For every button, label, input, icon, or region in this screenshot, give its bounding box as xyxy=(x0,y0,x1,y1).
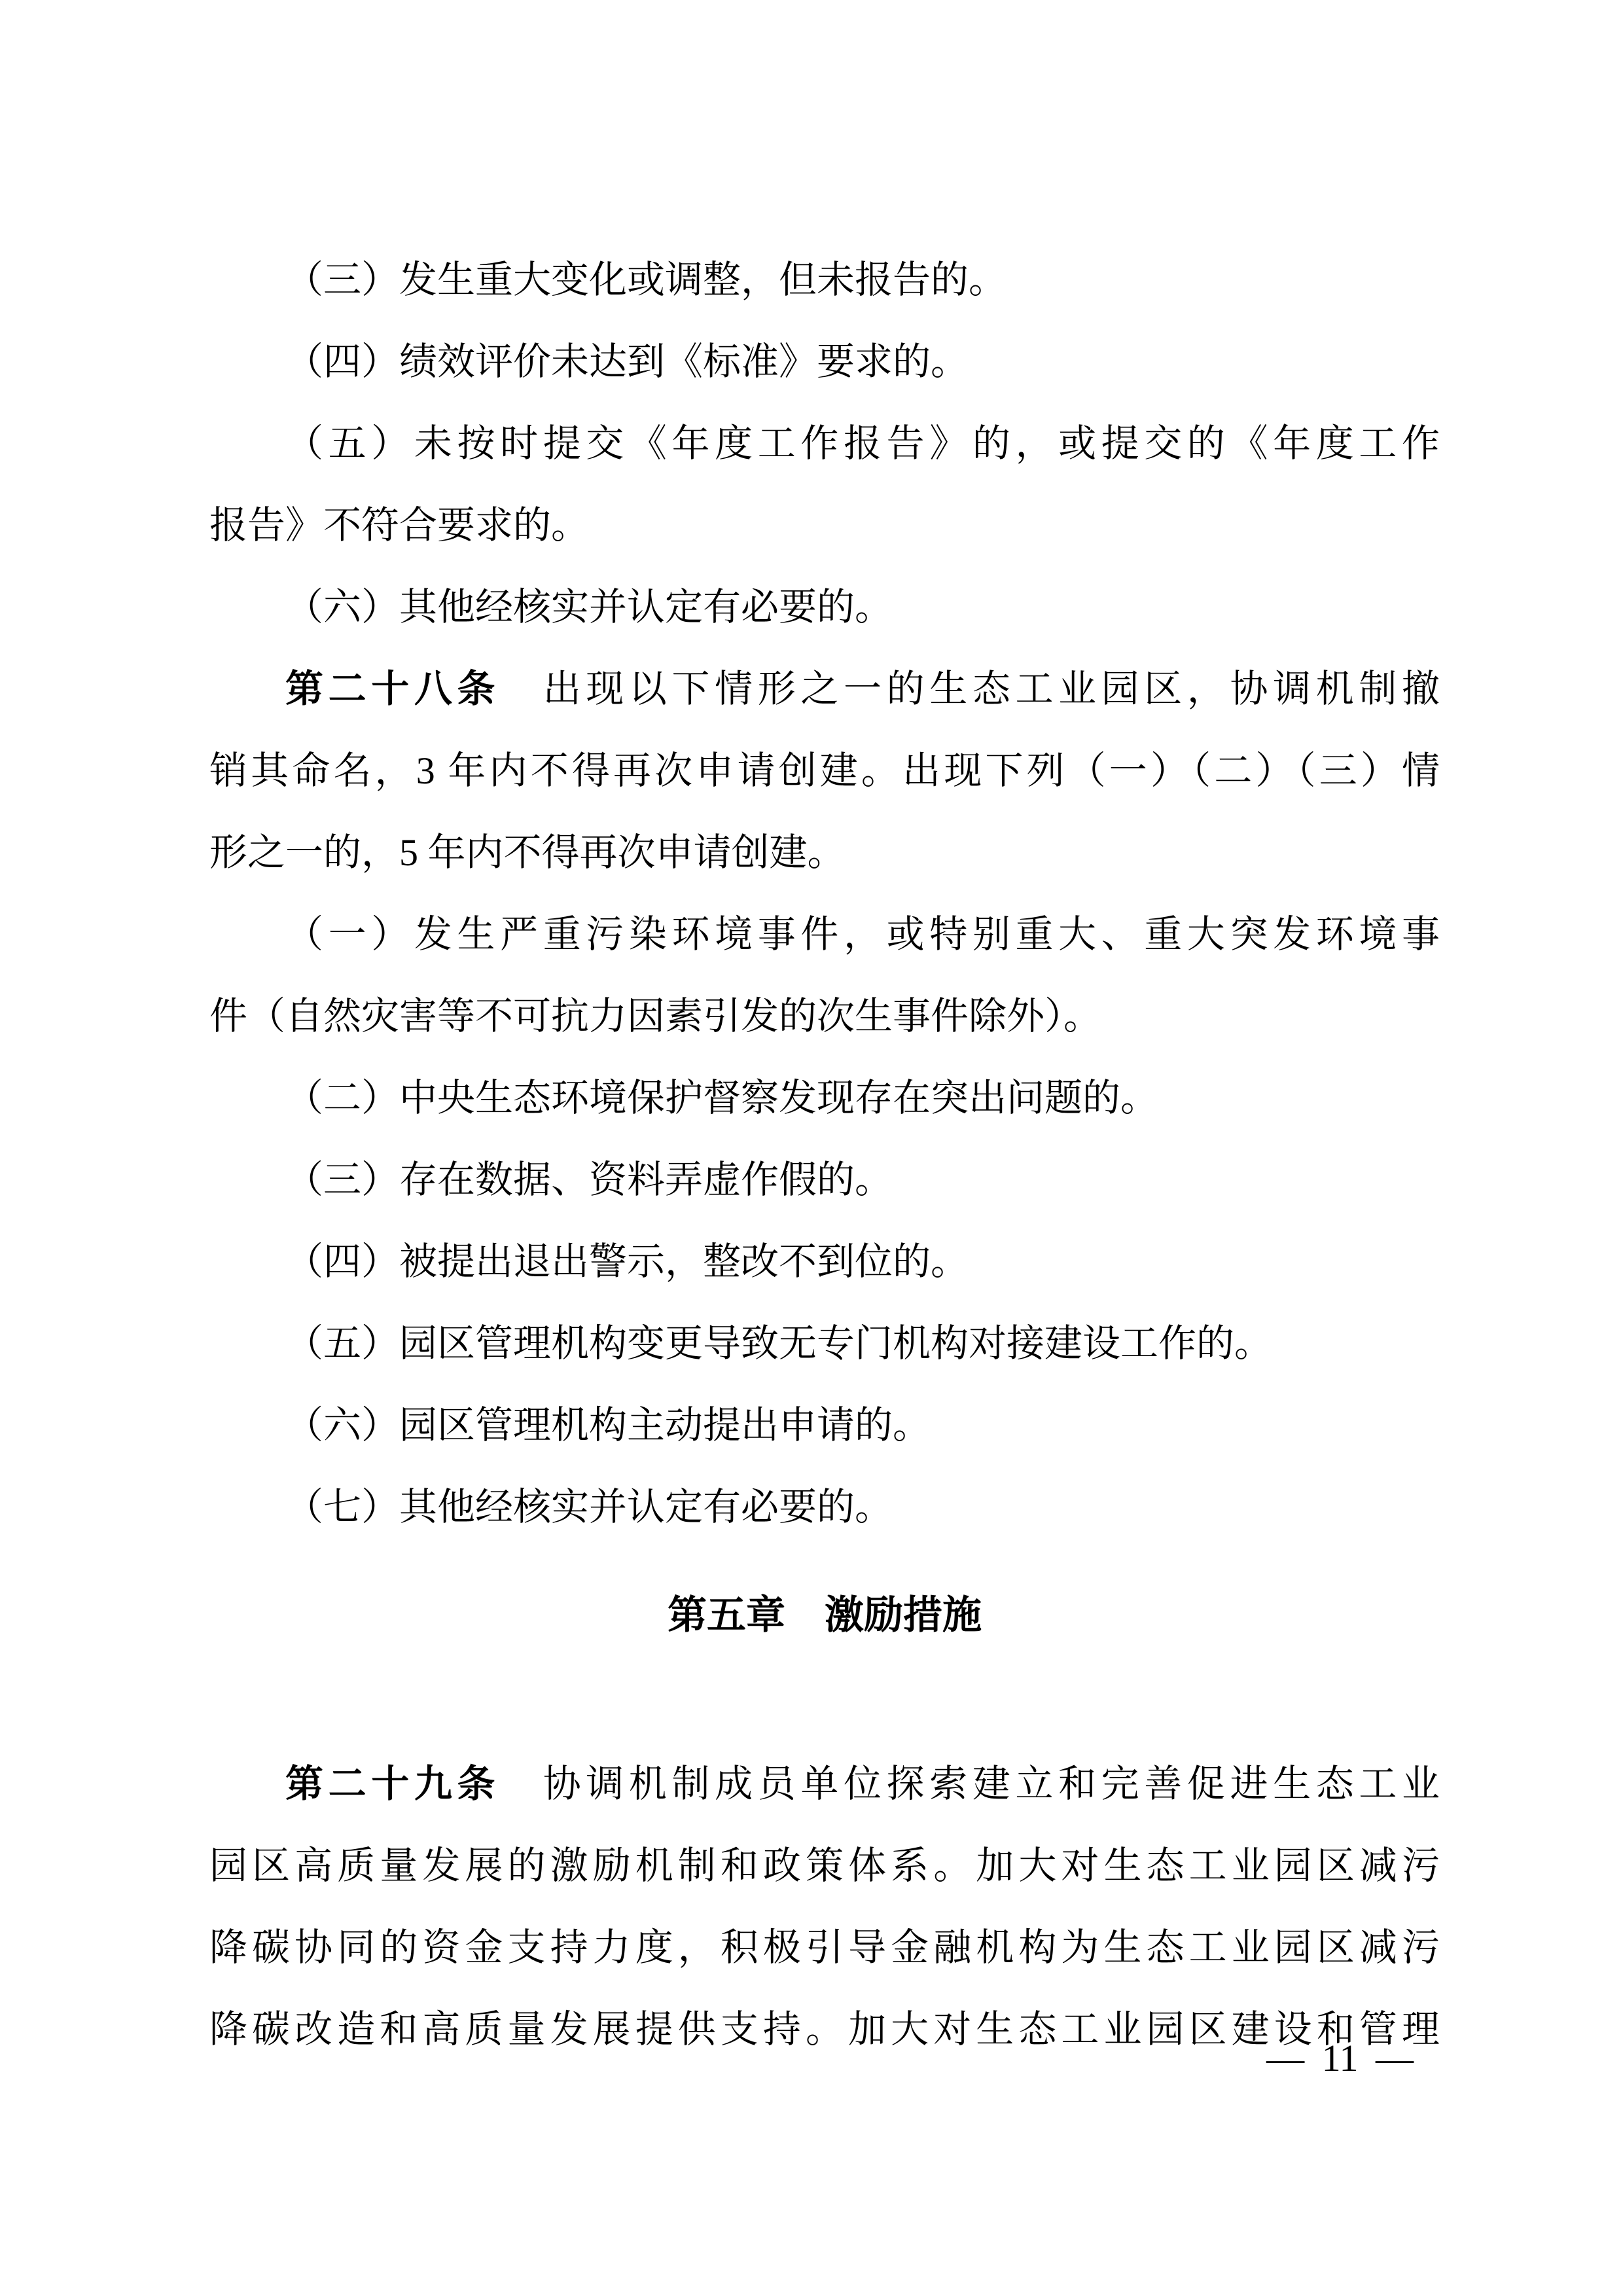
text-line: （七）其他经核实并认定有必要的。 xyxy=(209,1466,1440,1548)
text-line: 形之一的，5 年内不得再次申请创建。 xyxy=(209,812,1440,893)
text-line: （一）发生严重污染环境事件，或特别重大、重大突发环境事 xyxy=(209,893,1440,975)
text-line: 降碳协同的资金支持力度，积极引导金融机构为生态工业园区减污 xyxy=(209,1907,1440,1988)
text-line: （四）被提出退出警示，整改不到位的。 xyxy=(209,1221,1440,1302)
section-article-27-28: （三）发生重大变化或调整，但未报告的。（四）绩效评价未达到《标准》要求的。（五）… xyxy=(209,239,1440,1548)
text-line: （六）园区管理机构主动提出申请的。 xyxy=(209,1384,1440,1466)
text-line: （四）绩效评价未达到《标准》要求的。 xyxy=(209,321,1440,403)
text-line: 件（自然灾害等不可抗力因素引发的次生事件除外）。 xyxy=(209,975,1440,1057)
text-line: 降碳改造和高质量发展提供支持。加大对生态工业园区建设和管理 xyxy=(209,1988,1440,2070)
text-line: 销其命名，3 年内不得再次申请创建。出现下列（一）（二）（三）情 xyxy=(209,730,1440,812)
article-number-label: 第二十八条 xyxy=(285,668,500,710)
text-line: 报告》不符合要求的。 xyxy=(209,484,1440,566)
text-line: 第二十八条 出现以下情形之一的生态工业园区，协调机制撤 xyxy=(209,648,1440,730)
text-line: 第二十九条 协调机制成员单位探索建立和完善促进生态工业 xyxy=(209,1743,1440,1825)
document-page: （三）发生重大变化或调整，但未报告的。（四）绩效评价未达到《标准》要求的。（五）… xyxy=(0,0,1623,2296)
article-number-label: 第二十九条 xyxy=(285,1763,500,1805)
page-number: — 11 — xyxy=(1266,2032,1414,2085)
document-body: （三）发生重大变化或调整，但未报告的。（四）绩效评价未达到《标准》要求的。（五）… xyxy=(209,239,1440,2070)
text-line: （三）存在数据、资料弄虚作假的。 xyxy=(209,1139,1440,1221)
text-line: 园区高质量发展的激励机制和政策体系。加大对生态工业园区减污 xyxy=(209,1825,1440,1907)
chapter-heading: 第五章 激励措施 xyxy=(209,1574,1440,1656)
text-line: （三）发生重大变化或调整，但未报告的。 xyxy=(209,239,1440,321)
section-article-29: 第二十九条 协调机制成员单位探索建立和完善促进生态工业园区高质量发展的激励机制和… xyxy=(209,1743,1440,2070)
text-line: （二）中央生态环境保护督察发现存在突出问题的。 xyxy=(209,1057,1440,1139)
text-line: （五）未按时提交《年度工作报告》的，或提交的《年度工作 xyxy=(209,403,1440,484)
text-line: （六）其他经核实并认定有必要的。 xyxy=(209,566,1440,648)
text-line: （五）园区管理机构变更导致无专门机构对接建设工作的。 xyxy=(209,1302,1440,1384)
